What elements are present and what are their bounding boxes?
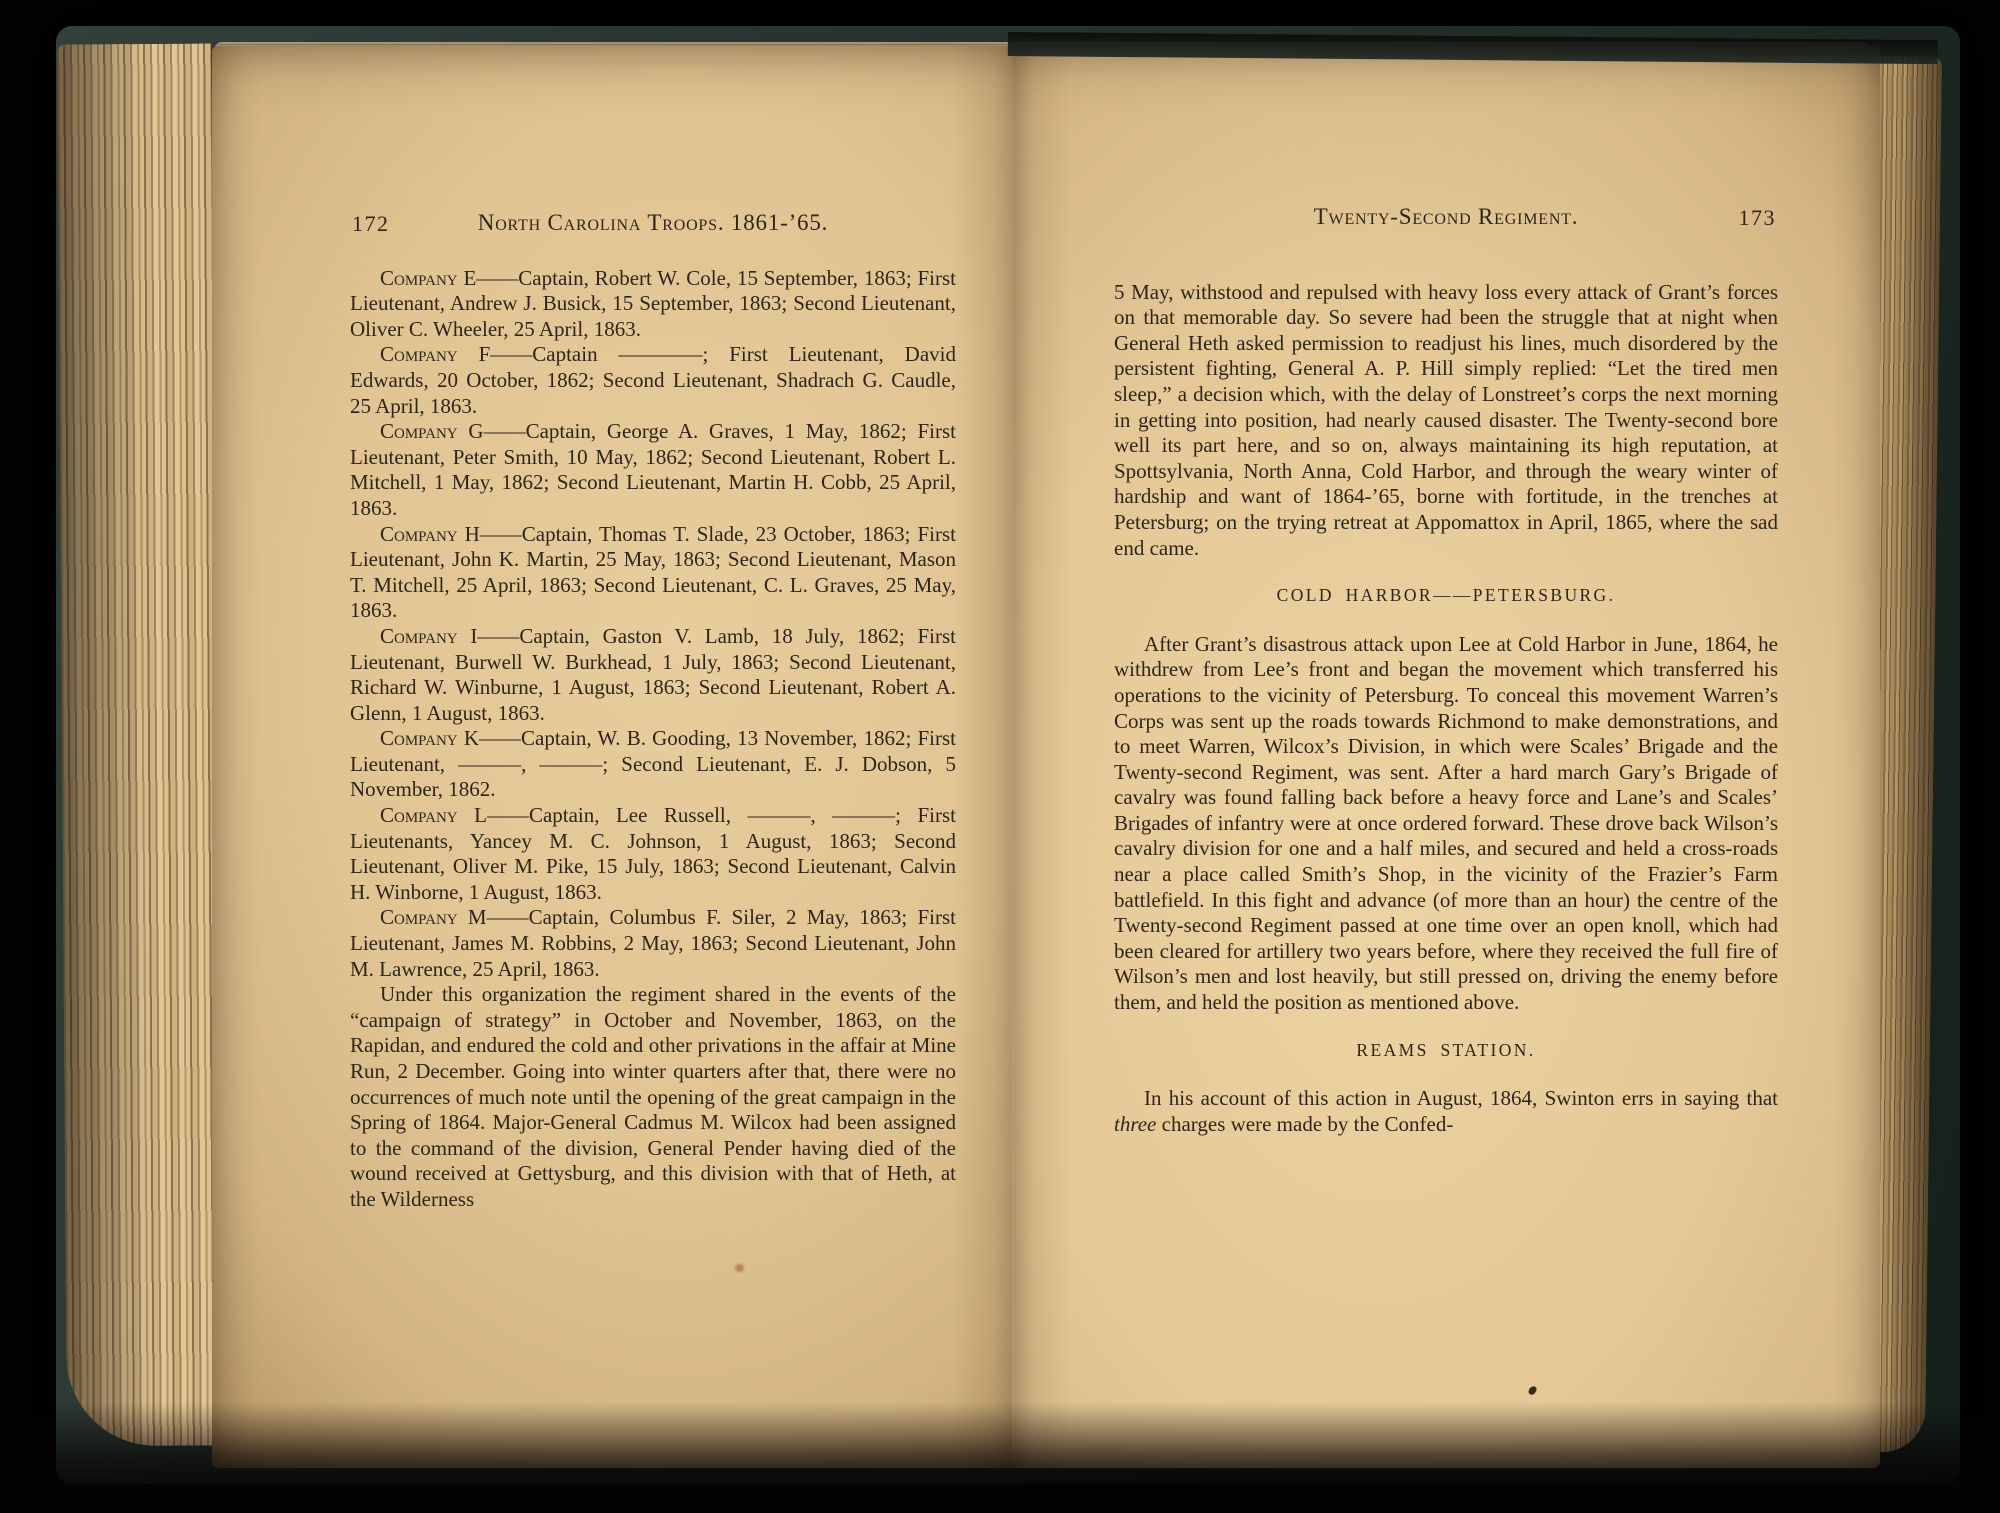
company-entry-i: Company I——Captain, Gaston V. Lamb, 18 J… [350, 624, 956, 726]
company-entry-k: Company K——Captain, W. B. Gooding, 13 No… [350, 726, 956, 803]
company-entry-l: Company L——Captain, Lee Russell, ———, ——… [350, 803, 956, 905]
left-page-edges [57, 43, 221, 1446]
company-entry-h: Company H——Captain, Thomas T. Slade, 23 … [350, 522, 956, 624]
continuation-paragraph: 5 May, withstood and repulsed with heavy… [1114, 280, 1778, 562]
running-title: Twenty-Second Regiment. [1314, 204, 1579, 229]
book-photo: 172 North Carolina Troops. 1861-’65. Com… [0, 0, 2000, 1513]
company-entry-f: Company F——Captain ————; First Lieutenan… [350, 342, 956, 419]
bottom-shadow [0, 1402, 2000, 1513]
company-entry-e: Company E——Captain, Robert W. Cole, 15 S… [350, 266, 956, 343]
right-page-header: Twenty-Second Regiment. 173 [1114, 204, 1778, 230]
narrative-paragraph: Under this organization the regiment sha… [350, 982, 956, 1212]
company-entry-m: Company M——Captain, Columbus F. Siler, 2… [350, 905, 956, 982]
gutter-shadow [952, 46, 1072, 1468]
page-number: 172 [352, 211, 390, 237]
reams-station-paragraph: In his account of this action in August,… [1114, 1086, 1778, 1137]
left-page-body: Company E——Captain, Robert W. Cole, 15 S… [350, 266, 956, 1213]
section-heading-reams-station: REAMS STATION. [1114, 1038, 1778, 1064]
section-heading-cold-harbor: COLD HARBOR——PETERSBURG. [1114, 583, 1778, 609]
cold-harbor-paragraph: After Grant’s disastrous attack upon Lee… [1114, 632, 1778, 1016]
right-page-content: Twenty-Second Regiment. 173 5 May, withs… [1114, 204, 1778, 1137]
left-page-header: 172 North Carolina Troops. 1861-’65. [350, 210, 956, 236]
running-title: North Carolina Troops. 1861-’65. [478, 210, 828, 235]
page-stain [735, 1264, 744, 1272]
company-entry-g: Company G——Captain, George A. Graves, 1 … [350, 419, 956, 521]
page-number: 173 [1739, 205, 1777, 231]
right-page-body: 5 May, withstood and repulsed with heavy… [1114, 280, 1778, 1138]
left-page-content: 172 North Carolina Troops. 1861-’65. Com… [350, 210, 956, 1213]
